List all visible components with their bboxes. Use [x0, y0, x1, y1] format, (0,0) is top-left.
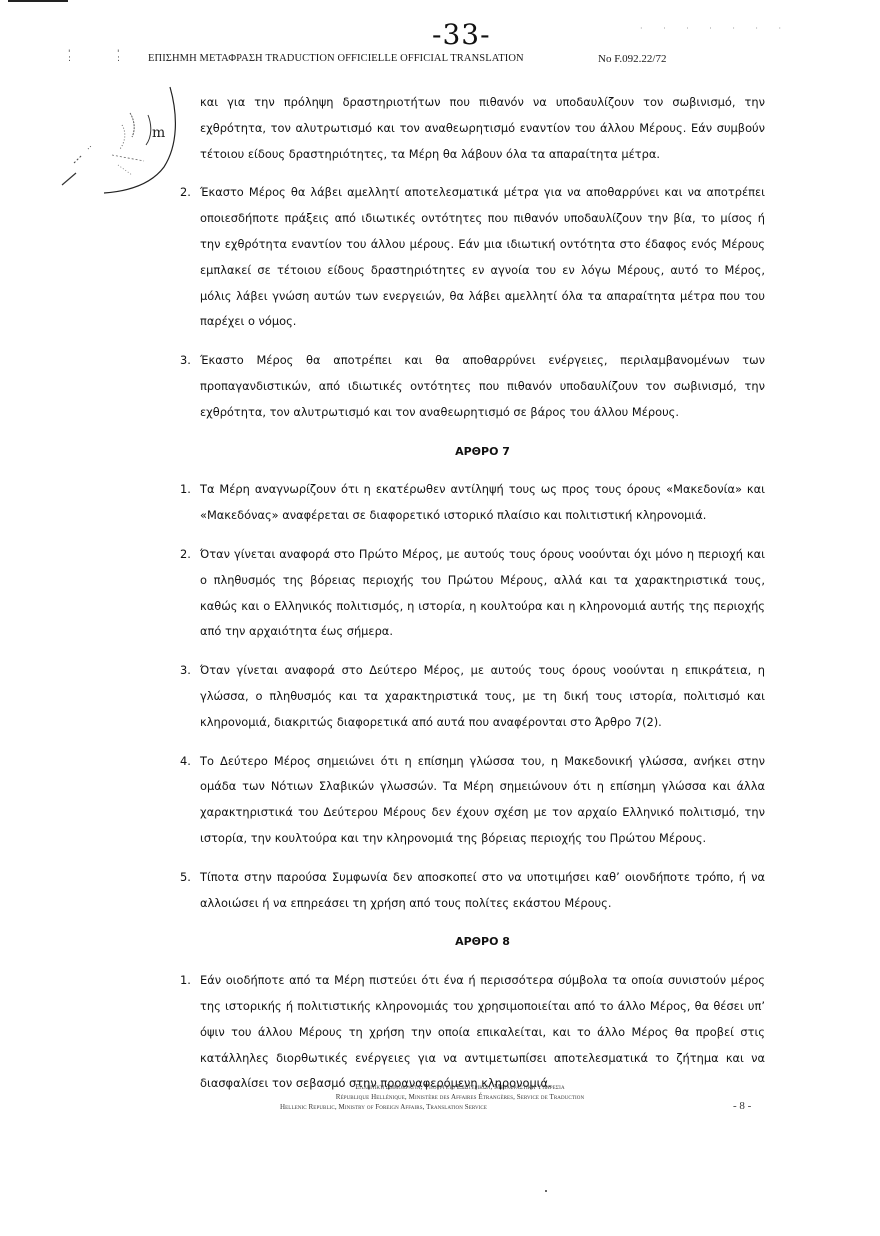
item-number: 4. — [180, 749, 191, 775]
item-text: Το Δεύτερο Μέρος σημειώνει ότι η επίσημη… — [200, 754, 765, 845]
margin-mark: ': — [68, 52, 71, 62]
handwritten-page-number: -33- — [432, 18, 491, 51]
item-number: 2. — [180, 542, 191, 568]
intro-paragraph: και για την πρόληψη δραστηριοτήτων που π… — [200, 90, 765, 167]
list-item: 1. Εάν οιοδήποτε από τα Μέρη πιστεύει ότ… — [180, 968, 765, 1097]
scan-noise-dots: · · · · · · · — [640, 24, 790, 33]
list-item: 4. Το Δεύτερο Μέρος σημειώνει ότι η επίσ… — [180, 749, 765, 852]
scan-speck — [545, 1190, 547, 1192]
item-number: 5. — [180, 865, 191, 891]
scan-edge-mark — [8, 0, 68, 2]
item-text: Έκαστο Μέρος θα αποτρέπει και θα αποθαρρ… — [200, 353, 765, 419]
item-text: Τα Μέρη αναγνωρίζουν ότι η εκατέρωθεν αν… — [200, 482, 765, 522]
reference-number: No F.092.22/72 — [598, 53, 667, 65]
item-number: 3. — [180, 348, 191, 374]
list-item: 2. Όταν γίνεται αναφορά στο Πρώτο Μέρος,… — [180, 542, 765, 645]
list-item: 3. Έκαστο Μέρος θα αποτρέπει και θα αποθ… — [180, 348, 765, 425]
item-text: Όταν γίνεται αναφορά στο Πρώτο Μέρος, με… — [200, 547, 765, 638]
svg-text:m: m — [152, 125, 165, 141]
list-item: 5. Τίποτα στην παρούσα Συμφωνία δεν αποσ… — [180, 865, 765, 917]
footer-line-french: République Hellénique, Ministère des Aff… — [270, 1092, 650, 1102]
footer-line-english: Hellenic Republic, Ministry of Foreign A… — [280, 1102, 650, 1112]
item-number: 2. — [180, 180, 191, 206]
item-number: 1. — [180, 477, 191, 503]
translation-service-footer: Ελληνική Δημοκρατία, Υπουργείο Εξωτερικώ… — [270, 1082, 650, 1112]
item-text: Έκαστο Μέρος θα λάβει αμελλητί αποτελεσμ… — [200, 185, 765, 328]
article-heading: ΑΡΘΡΟ 8 — [180, 929, 765, 955]
margin-mark: ': — [117, 52, 120, 62]
footer-line-greek: Ελληνική Δημοκρατία, Υπουργείο Εξωτερικώ… — [270, 1082, 650, 1092]
item-number: 3. — [180, 658, 191, 684]
official-translation-header: ΕΠΙΣΗΜΗ ΜΕΤΑΦΡΑΣΗ TRADUCTION OFFICIELLE … — [148, 53, 524, 64]
list-item: 2. Έκαστο Μέρος θα λάβει αμελλητί αποτελ… — [180, 180, 765, 335]
stamp-seal-icon: m — [52, 85, 182, 195]
article-heading: ΑΡΘΡΟ 7 — [180, 439, 765, 465]
item-text: Όταν γίνεται αναφορά στο Δεύτερο Μέρος, … — [200, 663, 765, 729]
list-item: 3. Όταν γίνεται αναφορά στο Δεύτερο Μέρο… — [180, 658, 765, 735]
item-number: 1. — [180, 968, 191, 994]
page-number: - 8 - — [733, 1100, 751, 1112]
item-text: Τίποτα στην παρούσα Συμφωνία δεν αποσκοπ… — [200, 870, 765, 910]
list-item: 1. Τα Μέρη αναγνωρίζουν ότι η εκατέρωθεν… — [180, 477, 765, 529]
document-body: και για την πρόληψη δραστηριοτήτων που π… — [180, 90, 765, 1097]
item-text: Εάν οιοδήποτε από τα Μέρη πιστεύει ότι έ… — [200, 973, 765, 1090]
